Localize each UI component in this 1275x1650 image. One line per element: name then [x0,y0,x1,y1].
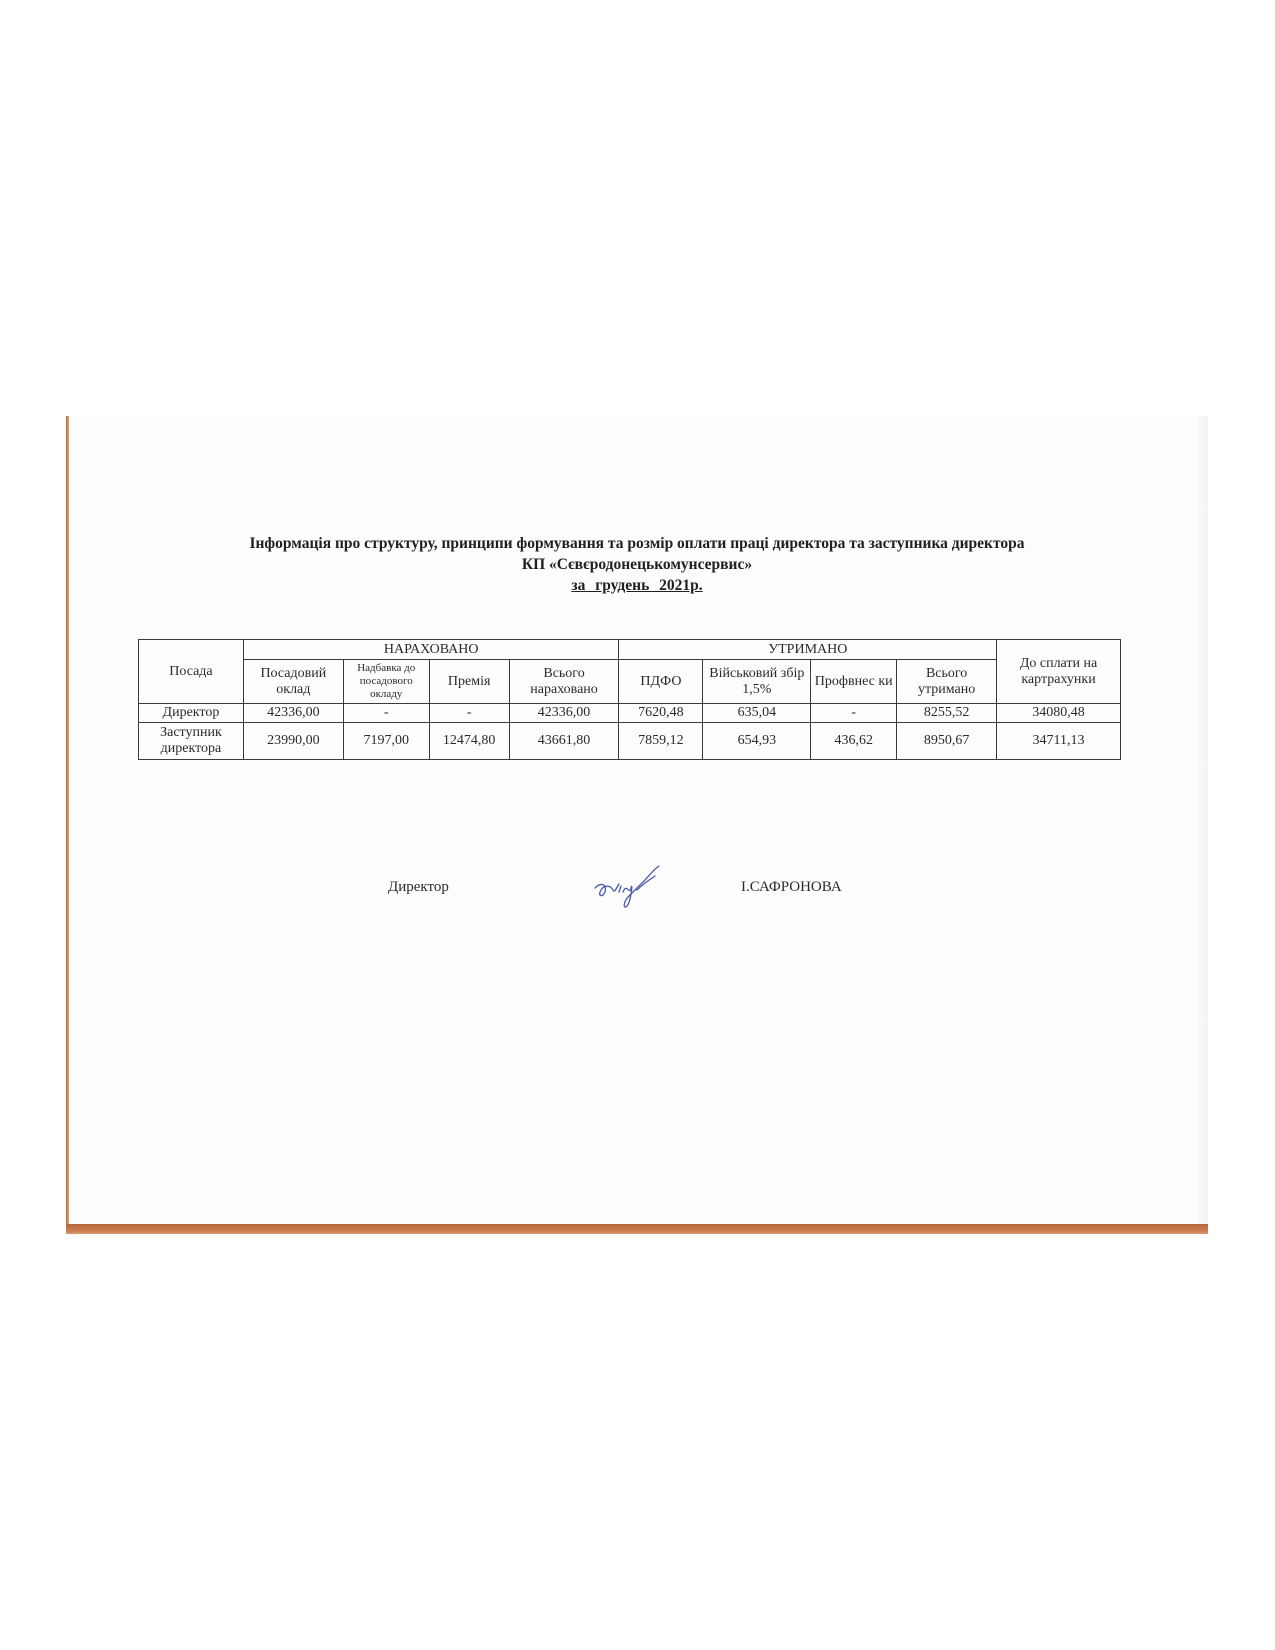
cell-total-accrued: 42336,00 [509,704,619,723]
signature-icon [593,862,673,912]
header-bonus: Премія [429,660,509,704]
table-row: Заступник директора 23990,00 7197,00 124… [139,723,1121,760]
cell-union-dues: - [811,704,897,723]
cell-to-pay: 34080,48 [997,704,1121,723]
cell-total-withheld: 8255,52 [897,704,997,723]
header-position: Посада [139,640,244,704]
cell-to-pay: 34711,13 [997,723,1121,760]
title-line-2: КП «Сєвєродонецькомунсервис» [66,554,1208,575]
cell-total-accrued: 43661,80 [509,723,619,760]
cell-base-salary: 42336,00 [243,704,343,723]
signature-block: Директор І.САФРОНОВА [0,870,1275,930]
header-military-levy: Військовий збір 1,5% [703,660,811,704]
cell-military-levy: 635,04 [703,704,811,723]
signatory-role: Директор [388,879,449,896]
cell-allowance: - [343,704,429,723]
cell-position: Директор [139,704,244,723]
header-accrued-group: НАРАХОВАНО [243,640,619,660]
cell-pdfo: 7859,12 [619,723,703,760]
cell-pdfo: 7620,48 [619,704,703,723]
salary-table: Посада НАРАХОВАНО УТРИМАНО До сплати на … [138,639,1121,760]
scan-edge-bottom [66,1224,1208,1234]
cell-base-salary: 23990,00 [243,723,343,760]
cell-bonus: 12474,80 [429,723,509,760]
header-pdfo: ПДФО [619,660,703,704]
header-to-pay: До сплати на картрахунки [997,640,1121,704]
cell-total-withheld: 8950,67 [897,723,997,760]
signatory-name: І.САФРОНОВА [741,879,842,896]
table-row: Директор 42336,00 - - 42336,00 7620,48 6… [139,704,1121,723]
cell-military-levy: 654,93 [703,723,811,760]
document-title: Інформація про структуру, принципи форму… [66,533,1208,596]
header-withheld-group: УТРИМАНО [619,640,997,660]
cell-position: Заступник директора [139,723,244,760]
header-base-salary: Посадовий оклад [243,660,343,704]
header-total-accrued: Всього нараховано [509,660,619,704]
report-period: за грудень 2021р. [571,577,702,594]
header-union-dues: Профвнес ки [811,660,897,704]
title-line-1: Інформація про структуру, принципи форму… [66,533,1208,554]
cell-bonus: - [429,704,509,723]
cell-allowance: 7197,00 [343,723,429,760]
header-total-withheld: Всього утримано [897,660,997,704]
cell-union-dues: 436,62 [811,723,897,760]
header-allowance: Надбавка до посадового окладу [343,660,429,704]
